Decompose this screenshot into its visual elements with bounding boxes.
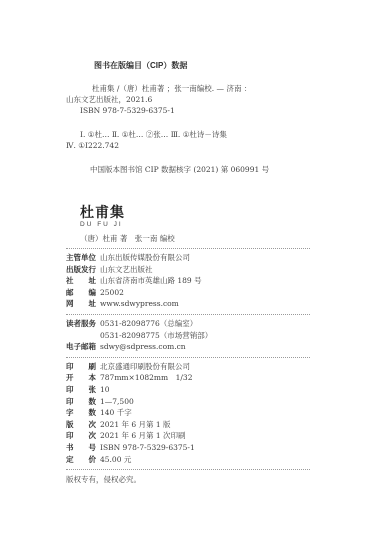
publisher-section: 主管单位 山东出版传媒股份有限公司 出版发行 山东文艺出版社 社 址 山东省济南… <box>66 252 310 310</box>
field-label: 印 张 <box>66 384 100 396</box>
copyright-page: 图书在版编目（CIP）数据 杜甫集 /（唐）杜甫著 ；张一南编校. — 济南 ：… <box>0 0 375 536</box>
field-value: 山东省济南市英雄山路 189 号 <box>100 275 202 287</box>
field-label: 印 刷 <box>66 361 100 373</box>
field-value: 787mm×1082mm 1/32 <box>100 372 192 384</box>
cip-record-number: 中国版本图书馆 CIP 数据核字 (2021) 第 060991 号 <box>66 164 310 175</box>
field-value: 140 千字 <box>100 407 132 419</box>
info-row: 电子邮箱 sdwy@sdpress.com.cn <box>66 341 310 353</box>
dotted-divider <box>66 314 310 315</box>
info-row: 定 价 45.00 元 <box>66 454 310 466</box>
field-label: 印 次 <box>66 430 100 442</box>
field-label: 书 号 <box>66 442 100 454</box>
field-value: 25002 <box>100 287 124 299</box>
field-label: 读者服务 <box>66 318 100 330</box>
info-row: 印 刷 北京盛通印刷股份有限公司 <box>66 361 310 373</box>
field-label: 开 本 <box>66 372 100 384</box>
field-value: ISBN 978-7-5329-6375-1 <box>100 442 195 454</box>
field-value: sdwy@sdpress.com.cn <box>100 341 186 353</box>
field-value: 山东文艺出版社 <box>100 264 153 276</box>
printing-section: 印 刷 北京盛通印刷股份有限公司 开 本 787mm×1082mm 1/32 印… <box>66 361 310 465</box>
cip-block: 图书在版编目（CIP）数据 杜甫集 /（唐）杜甫著 ；张一南编校. — 济南 ：… <box>66 60 310 175</box>
dotted-divider <box>66 248 310 249</box>
copyright-warning: 版权专有，侵权必究。 <box>66 474 310 485</box>
cip-classification-line1: Ⅰ. ①杜… Ⅱ. ①杜… ②张… Ⅲ. ①杜诗－诗集 <box>66 129 310 140</box>
title-block: 杜甫集 DU FU JI （唐）杜甫 著 张一南 编校 <box>66 205 310 244</box>
field-value: 2021 年 6 月第 1 次印刷 <box>100 430 186 442</box>
field-value: 0531-82098776（总编室） <box>100 318 197 330</box>
field-label: 电子邮箱 <box>66 341 100 353</box>
field-label: 主管单位 <box>66 252 100 264</box>
field-value: 1—7,500 <box>100 396 134 408</box>
field-label: 社 址 <box>66 275 100 287</box>
book-title-pinyin: DU FU JI <box>80 221 310 228</box>
cip-description-line2: 山东文艺出版社，2021.6 <box>66 94 310 105</box>
info-row: 出版发行 山东文艺出版社 <box>66 264 310 276</box>
info-row: 印 数 1—7,500 <box>66 396 310 408</box>
field-value: 山东出版传媒股份有限公司 <box>100 252 190 264</box>
field-value: 北京盛通印刷股份有限公司 <box>100 361 190 373</box>
info-row: 0531-82098775（市场营销部） <box>66 330 310 342</box>
dotted-divider <box>66 357 310 358</box>
field-label: 字 数 <box>66 407 100 419</box>
field-label: 印 数 <box>66 396 100 408</box>
info-row: 印 张 10 <box>66 384 310 396</box>
field-value: 0531-82098775（市场营销部） <box>100 330 212 342</box>
info-row: 书 号 ISBN 978-7-5329-6375-1 <box>66 442 310 454</box>
book-title: 杜甫集 <box>80 205 310 220</box>
field-label: 定 价 <box>66 454 100 466</box>
info-row: 印 次 2021 年 6 月第 1 次印刷 <box>66 430 310 442</box>
info-row: 版 次 2021 年 6 月第 1 版 <box>66 419 310 431</box>
cip-classification-line2: Ⅳ. ①I222.742 <box>66 140 310 151</box>
field-label <box>66 330 100 342</box>
field-label: 版 次 <box>66 419 100 431</box>
cip-heading: 图书在版编目（CIP）数据 <box>66 60 310 71</box>
field-label: 出版发行 <box>66 264 100 276</box>
field-value: 45.00 元 <box>100 454 131 466</box>
info-row: 读者服务 0531-82098776（总编室） <box>66 318 310 330</box>
field-value: 10 <box>100 384 110 396</box>
field-label: 邮 编 <box>66 287 100 299</box>
info-row: 网 址 www.sdwypress.com <box>66 298 310 310</box>
page-content: 图书在版编目（CIP）数据 杜甫集 /（唐）杜甫著 ；张一南编校. — 济南 ：… <box>66 60 310 485</box>
info-row: 开 本 787mm×1082mm 1/32 <box>66 372 310 384</box>
field-value: 2021 年 6 月第 1 版 <box>100 419 171 431</box>
info-row: 邮 编 25002 <box>66 287 310 299</box>
cip-isbn: ISBN 978-7-5329-6375-1 <box>66 105 310 116</box>
info-row: 字 数 140 千字 <box>66 407 310 419</box>
cip-description-line1: 杜甫集 /（唐）杜甫著 ；张一南编校. — 济南 ： <box>66 83 310 94</box>
book-byline: （唐）杜甫 著 张一南 编校 <box>80 233 310 244</box>
dotted-divider <box>66 469 310 470</box>
info-row: 社 址 山东省济南市英雄山路 189 号 <box>66 275 310 287</box>
reader-service-section: 读者服务 0531-82098776（总编室） 0531-82098775（市场… <box>66 318 310 353</box>
info-row: 主管单位 山东出版传媒股份有限公司 <box>66 252 310 264</box>
field-label: 网 址 <box>66 298 100 310</box>
field-value: www.sdwypress.com <box>100 298 179 310</box>
